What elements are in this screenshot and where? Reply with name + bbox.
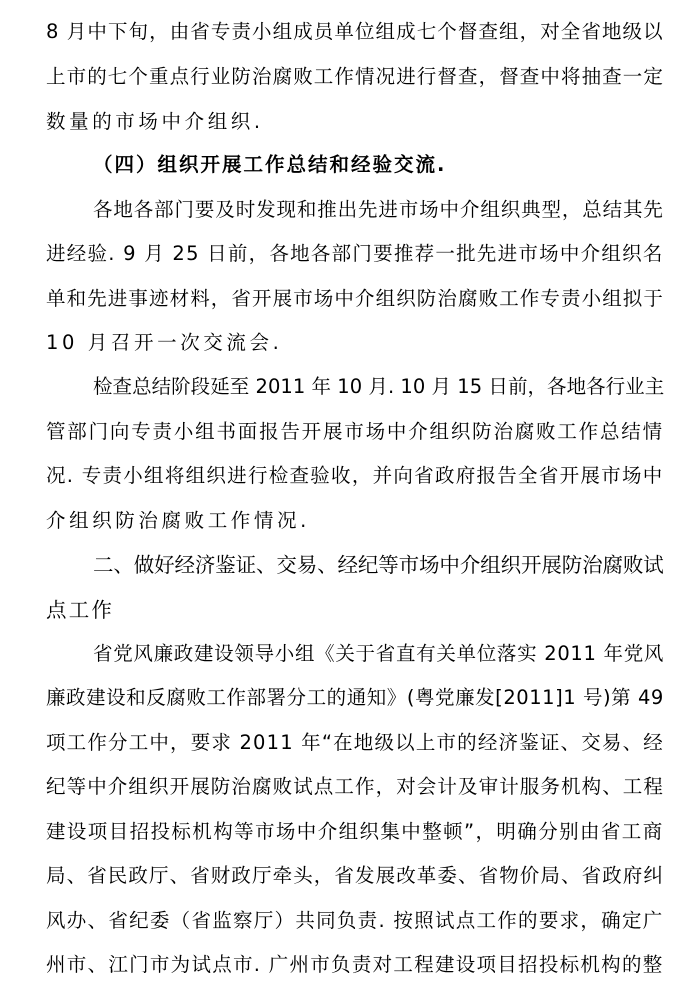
paragraph-line: 州市、江门市为试点市. 广州市负责对工程建设项目招投标机构的整 [46,950,664,980]
section-heading-line: 二、做好经济鉴证、交易、经纪等市场中介组织开展防治腐败试 [93,550,664,580]
section-heading-line: 点工作 [46,595,114,625]
paragraph-line: 各地各部门要及时发现和推出先进市场中介组织典型，总结其先 [93,195,664,225]
paragraph-line: 风办、省纪委（省监察厅）共同负责. 按照试点工作的要求，确定广 [46,906,664,936]
paragraph-line: 检查总结阶段延至 2011 年 10 月. 10 月 15 日前，各地各行业主 [93,372,664,402]
paragraph-line: 介组织防治腐败工作情况. [46,506,310,536]
paragraph-line: 进经验. 9 月 25 日前，各地各部门要推荐一批先进市场中介组织名 [46,239,664,269]
paragraph-line: 数量的市场中介组织. [46,107,264,137]
paragraph-line: 廉政建设和反腐败工作部署分工的通知》(粤党廉发[2011]1 号)第 49 [46,683,664,713]
paragraph-line: 局、省民政厅、省财政厅牵头，省发展改革委、省物价局、省政府纠 [46,861,664,891]
paragraph-line: 上市的七个重点行业防治腐败工作情况进行督查，督查中将抽查一定 [46,62,664,92]
paragraph-line: 8 月中下旬，由省专责小组成员单位组成七个督查组，对全省地级以 [46,17,664,47]
section-heading-line: （四）组织开展工作总结和经验交流. [93,150,446,180]
paragraph-line: 况. 专责小组将组织进行检查验收，并向省政府报告全省开展市场中 [46,461,664,491]
paragraph-line: 建设项目招投标机构等市场中介组织集中整顿”，明确分别由省工商 [46,817,664,847]
paragraph-line: 单和先进事迹材料，省开展市场中介组织防治腐败工作专责小组拟于 [46,284,664,314]
paragraph-line: 纪等中介组织开展防治腐败试点工作，对会计及审计服务机构、工程 [46,772,664,802]
paragraph-line: 管部门向专责小组书面报告开展市场中介组织防治腐败工作总结情 [46,417,664,447]
paragraph-line: 省党风廉政建设领导小组《关于省直有关单位落实 2011 年党风 [93,639,664,669]
paragraph-line: 项工作分工中，要求 2011 年“在地级以上市的经济鉴证、交易、经 [46,728,664,758]
paragraph-line: 10 月召开一次交流会. [46,328,282,358]
